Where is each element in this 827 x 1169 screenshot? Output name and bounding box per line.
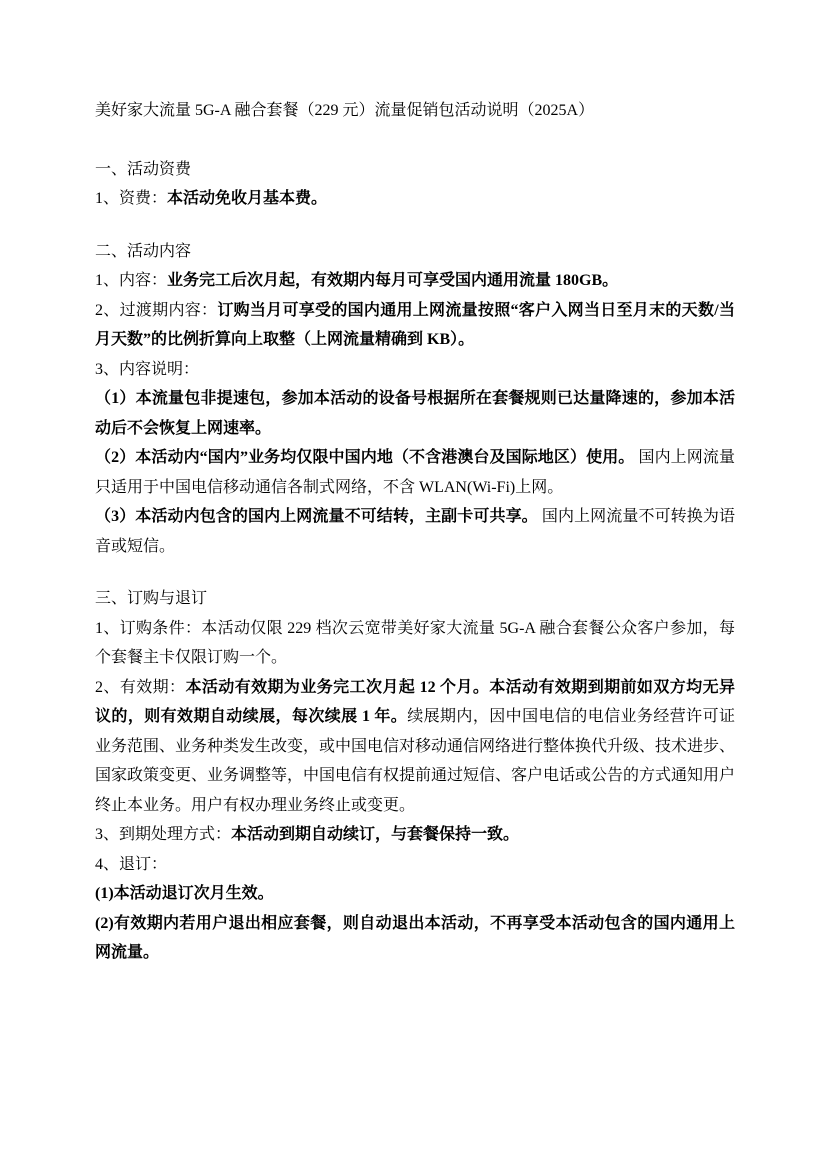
text-segment-bold: (2)有效期内若用户退出相应套餐，则自动退出本活动，不再享受本活动包含的国内通用… — [95, 915, 735, 962]
text-segment-bold: （1）本流量包非提速包，参加本活动的设备号根据所在套餐规则已达量降速的，参加本活… — [95, 390, 735, 437]
paragraph: 1、内容：业务完工后次月起，有效期内每月可享受国内通用流量 180GB。 — [95, 266, 735, 296]
text-segment: 1、内容： — [95, 272, 167, 289]
paragraph: 3、内容说明： — [95, 355, 735, 385]
text-segment-bold: 本活动免收月基本费。 — [167, 190, 327, 207]
text-segment: 2、有效期： — [95, 679, 185, 696]
document-title: 美好家大流量 5G-A 融合套餐（229 元）流量促销包活动说明（2025A） — [95, 96, 735, 126]
section-activity-fee: 一、活动资费1、资费：本活动免收月基本费。 — [95, 155, 735, 214]
paragraph: 1、订购条件：本活动仅限 229 档次云宽带美好家大流量 5G-A 融合套餐公众… — [95, 614, 735, 673]
document-page: 美好家大流量 5G-A 融合套餐（229 元）流量促销包活动说明（2025A） … — [0, 0, 827, 1169]
paragraph: 3、到期处理方式：本活动到期自动续订，与套餐保持一致。 — [95, 820, 735, 850]
section-order-and-unsubscribe: 三、订购与退订1、订购条件：本活动仅限 229 档次云宽带美好家大流量 5G-A… — [95, 584, 735, 968]
paragraph: 2、过渡期内容：订购当月可享受的国内通用上网流量按照“客户入网当日至月末的天数/… — [95, 296, 735, 355]
paragraph: （3）本活动内包含的国内上网流量不可结转，主副卡可共享。 国内上网流量不可转换为… — [95, 502, 735, 561]
section-activity-content: 二、活动内容1、内容：业务完工后次月起，有效期内每月可享受国内通用流量 180G… — [95, 237, 735, 562]
section-heading: 二、活动内容 — [95, 237, 735, 267]
text-segment: 3、内容说明： — [95, 361, 199, 378]
paragraph: 1、资费：本活动免收月基本费。 — [95, 184, 735, 214]
paragraph: 2、有效期：本活动有效期为业务完工次月起 12 个月。本活动有效期到期前如双方均… — [95, 673, 735, 821]
section-heading: 三、订购与退订 — [95, 584, 735, 614]
document-body: 一、活动资费1、资费：本活动免收月基本费。二、活动内容1、内容：业务完工后次月起… — [95, 155, 735, 968]
paragraph: 4、退订： — [95, 850, 735, 880]
paragraph: （1）本流量包非提速包，参加本活动的设备号根据所在套餐规则已达量降速的，参加本活… — [95, 384, 735, 443]
text-segment-bold: 本活动到期自动续订，与套餐保持一致。 — [231, 826, 519, 843]
text-segment-bold: (1)本活动退订次月生效。 — [95, 885, 274, 902]
text-segment: 3、到期处理方式： — [95, 826, 231, 843]
text-segment: 1、订购条件：本活动仅限 229 档次云宽带美好家大流量 5G-A 融合套餐公众… — [95, 620, 735, 667]
text-segment: 1、资费： — [95, 190, 167, 207]
text-segment: 2、过渡期内容： — [95, 302, 217, 319]
text-segment-bold: 业务完工后次月起，有效期内每月可享受国内通用流量 180GB。 — [167, 272, 618, 289]
paragraph: （2）本活动内“国内”业务均仅限中国内地（不含港澳台及国际地区）使用。 国内上网… — [95, 443, 735, 502]
text-segment-bold: （3）本活动内包含的国内上网流量不可结转，主副卡可共享。 — [95, 508, 538, 525]
text-segment: 4、退订： — [95, 856, 167, 873]
paragraph: (1)本活动退订次月生效。 — [95, 879, 735, 909]
paragraph: (2)有效期内若用户退出相应套餐，则自动退出本活动，不再享受本活动包含的国内通用… — [95, 909, 735, 968]
section-heading: 一、活动资费 — [95, 155, 735, 185]
text-segment-bold: （2）本活动内“国内”业务均仅限中国内地（不含港澳台及国际地区）使用。 — [95, 449, 634, 466]
